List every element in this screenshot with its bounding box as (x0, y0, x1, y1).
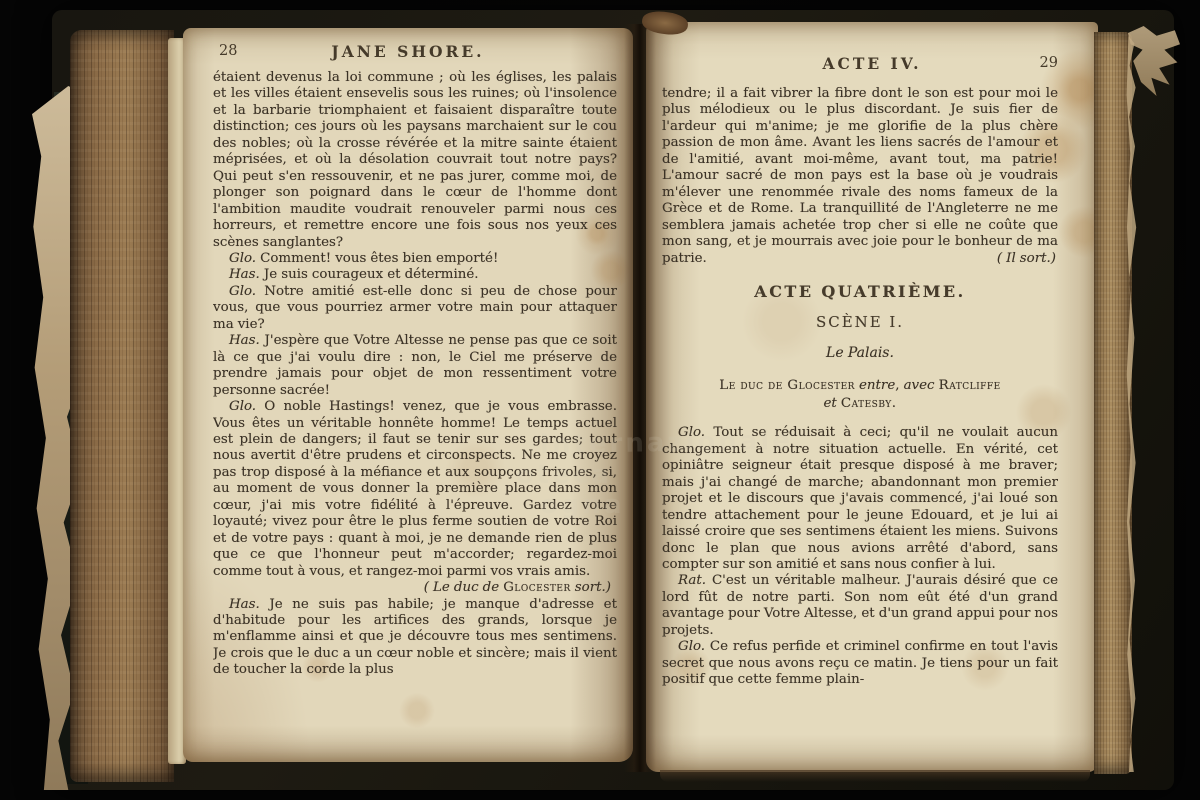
speech-text: C'est un véritable malheur. J'aurais dés… (662, 573, 1058, 637)
speaker-abbrev: Has. (229, 267, 260, 282)
paragraph-continuation: étaient devenus la loi commune ; où les … (213, 70, 617, 251)
speaker-abbrev: Has. (229, 597, 260, 612)
stage-direction-text: ( Le duc de (424, 580, 503, 595)
speech-paragraph: Has. Je ne suis pas habile; je manque d'… (213, 597, 617, 679)
character-name: Ratcliffe (939, 378, 1001, 393)
speech-paragraph: Glo. Comment! vous êtes bien emporté! (213, 251, 617, 267)
speech-paragraph: Glo. O noble Hastings! venez, que je vou… (213, 399, 617, 580)
scene-heading: SCÈNE I. (662, 314, 1058, 330)
speaker-abbrev: Glo. (229, 251, 256, 266)
paragraph-continuation: tendre; il a fait vibrer la fibre dont l… (662, 86, 1058, 267)
page-number-left: 28 (219, 43, 237, 59)
character-name: Catesby. (841, 396, 897, 411)
stage-direction-text: sort.) (571, 580, 611, 595)
right-page-body: tendre; il a fait vibrer la fibre dont l… (662, 86, 1058, 764)
speech-paragraph: Glo. Ce refus perfide et criminel confir… (662, 639, 1058, 688)
book-photo: 28 JANE SHORE. étaient devenus la loi co… (0, 0, 1200, 800)
right-page-header: ACTE IV. 29 (646, 54, 1098, 74)
speech-text: Je ne suis pas habile; je manque d'adres… (213, 597, 617, 678)
left-page: 28 JANE SHORE. étaient devenus la loi co… (183, 28, 633, 762)
speaker-abbrev: Has. (229, 333, 260, 348)
speech-text: Je suis courageux et déterminé. (264, 267, 479, 282)
speech-text: Ce refus perfide et criminel confirme en… (662, 639, 1058, 687)
paragraph-text: étaient devenus la loi commune ; où les … (213, 70, 617, 250)
character-name: Glocester (503, 580, 571, 595)
speech-text: O noble Hastings! venez, que je vous emb… (213, 399, 617, 579)
right-cover-wear (1134, 34, 1172, 774)
speaker-abbrev: Glo. (678, 425, 705, 440)
page-number-right: 29 (1040, 55, 1058, 71)
right-page: ACTE IV. 29 tendre; il a fait vibrer la … (646, 22, 1098, 772)
speech-paragraph: Glo. Tout se réduisait à ceci; qu'il ne … (662, 425, 1058, 573)
bottom-page-edge (660, 770, 1090, 782)
speech-text: Tout se réduisait à ceci; qu'il ne voula… (662, 425, 1058, 572)
exit-stage-direction: ( Il sort.) (662, 251, 1058, 267)
left-page-header: 28 JANE SHORE. (183, 42, 633, 62)
speaker-abbrev: Glo. (229, 284, 256, 299)
cast-verb: et (823, 396, 840, 411)
stage-direction: ( Le duc de Glocester sort.) (213, 580, 617, 596)
act-heading: ACTE QUATRIÈME. (662, 284, 1058, 300)
cast-separator: , (895, 378, 903, 393)
page-fore-edge-left (70, 30, 174, 782)
page-fore-edge-right (1094, 32, 1132, 774)
speech-paragraph: Has. Je suis courageux et déterminé. (213, 267, 617, 283)
speaker-abbrev: Glo. (229, 399, 256, 414)
character-name: Le duc de Glocester (719, 378, 855, 393)
cast-verb: avec (904, 378, 939, 393)
cast-verb: entre (855, 378, 895, 393)
speaker-abbrev: Glo. (678, 639, 705, 654)
left-page-body: étaient devenus la loi commune ; où les … (213, 70, 617, 754)
speech-paragraph: Rat. C'est un véritable malheur. J'aurai… (662, 573, 1058, 639)
speech-paragraph: Has. J'espère que Votre Altesse ne pense… (213, 333, 617, 399)
running-title-left: JANE SHORE. (183, 42, 633, 61)
speech-text: Comment! vous êtes bien emporté! (260, 251, 498, 266)
cast-line: Le duc de Glocester entre, avec Ratcliff… (662, 377, 1058, 413)
speech-paragraph: Glo. Notre amitié est-elle donc si peu d… (213, 284, 617, 333)
speech-text: Notre amitié est-elle donc si peu de cho… (213, 284, 617, 332)
paragraph-text: tendre; il a fait vibrer la fibre dont l… (662, 86, 1058, 266)
speech-text: J'espère que Votre Altesse ne pense pas … (213, 333, 617, 397)
running-title-right: ACTE IV. (646, 54, 1098, 73)
speaker-abbrev: Rat. (678, 573, 706, 588)
exit-text: ( Il sort.) (997, 251, 1056, 266)
setting-line: Le Palais. (662, 345, 1058, 361)
